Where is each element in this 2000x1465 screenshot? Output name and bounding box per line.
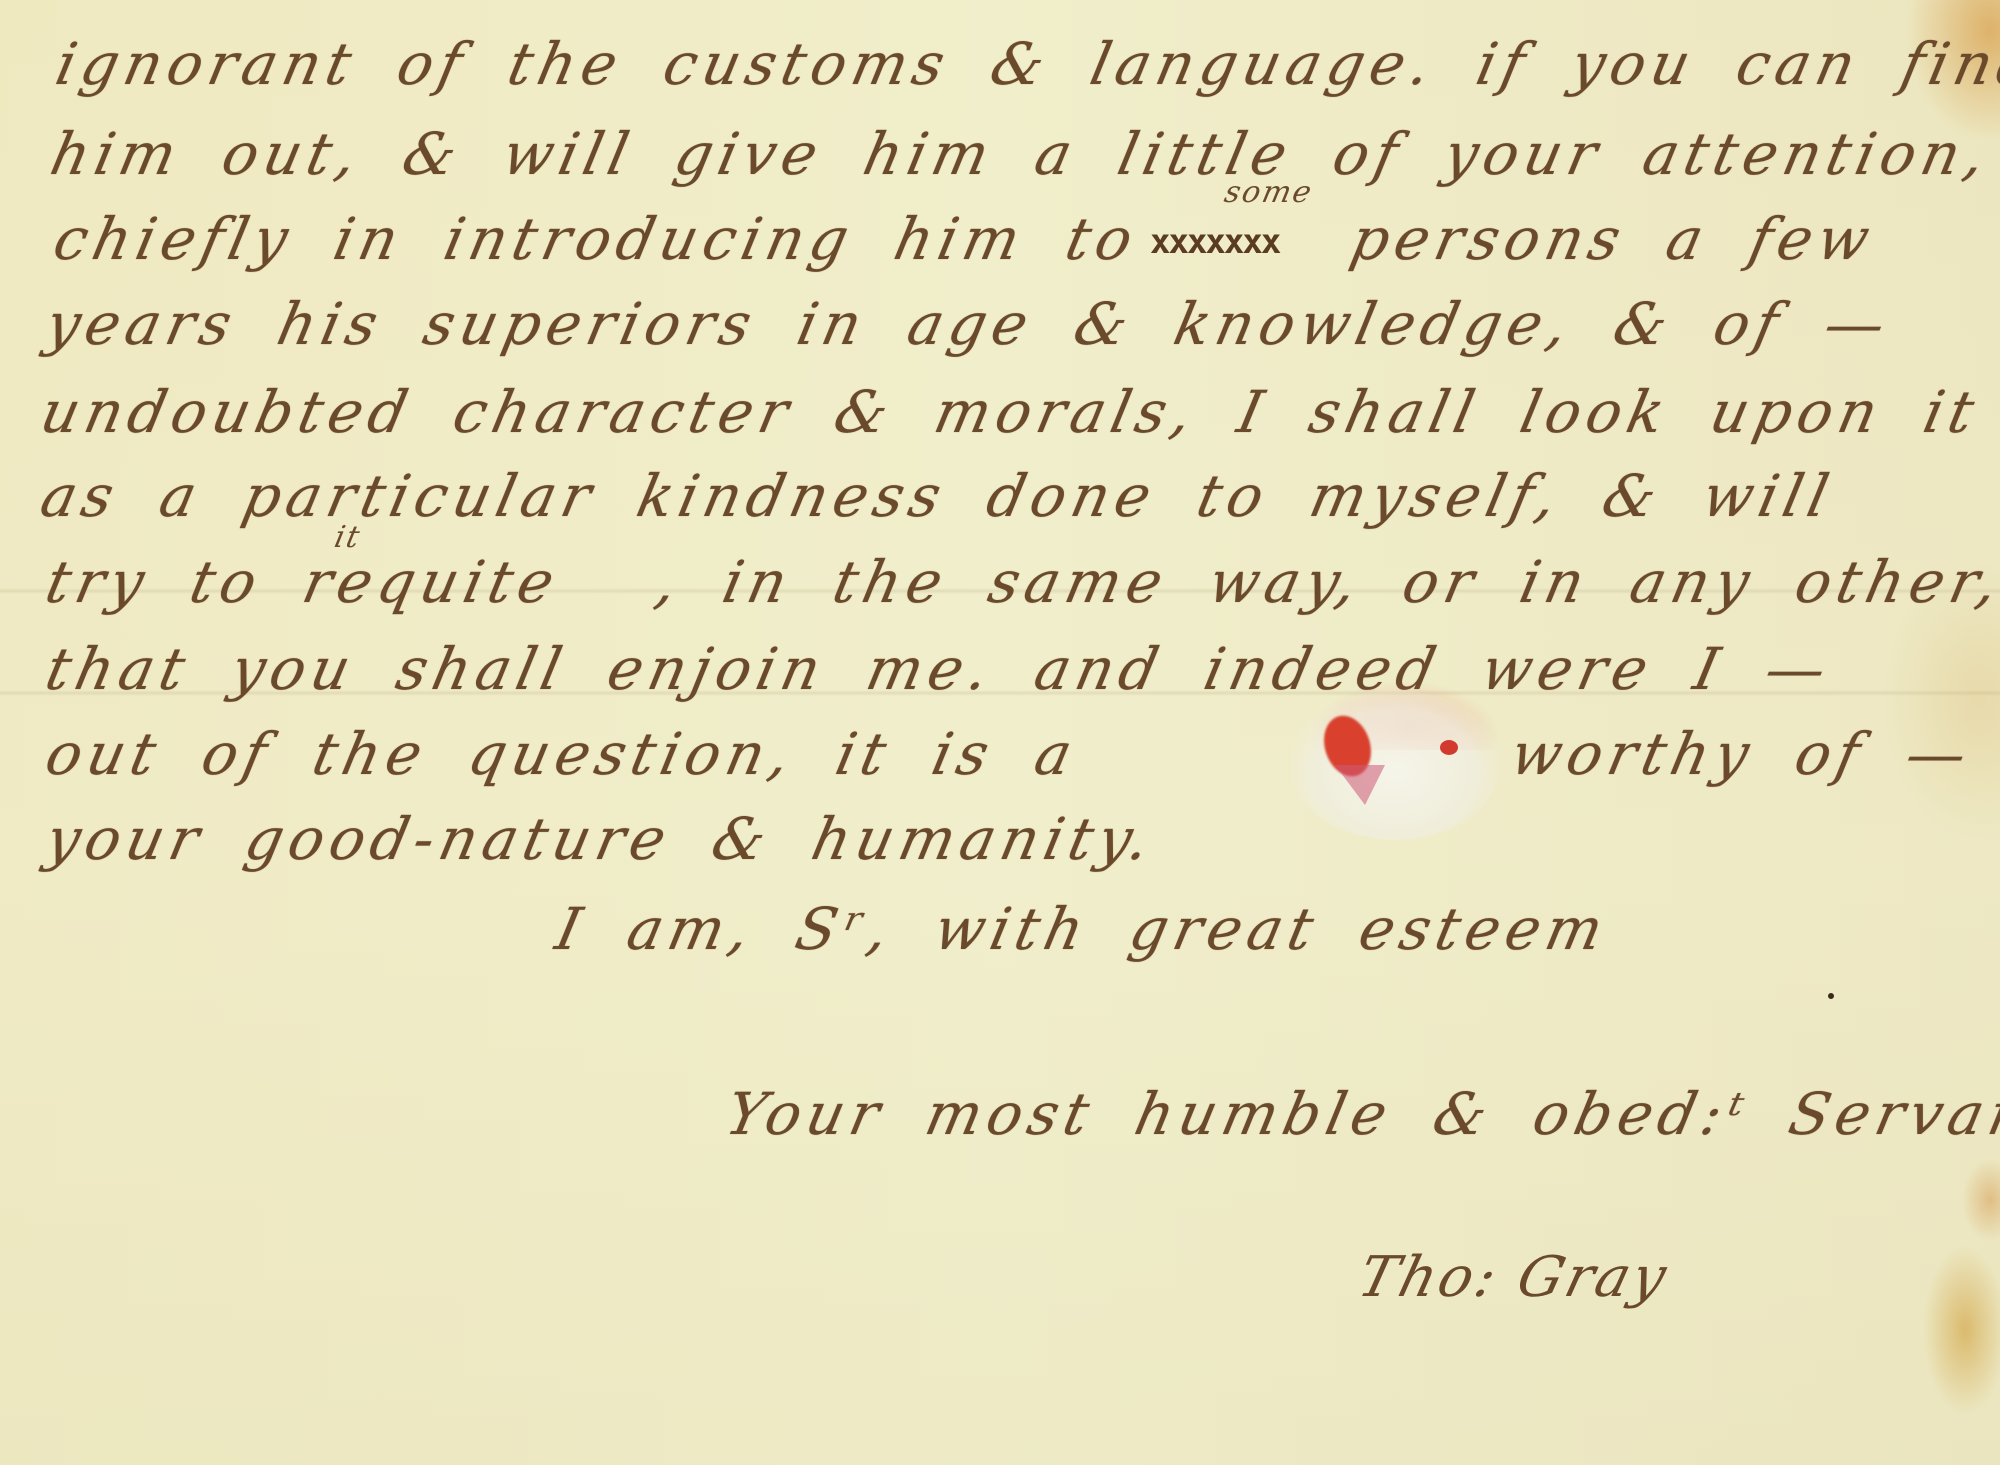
seal-ground — [1290, 690, 1500, 840]
letter-line-4: years his superiors in age & knowledge, … — [40, 290, 1897, 358]
letter-line-3a: chiefly in introducing him to — [48, 205, 1145, 273]
struck-out-word: xxxxxxx — [1150, 222, 1279, 262]
letter-line-5: undoubted character & morals, I shall lo… — [35, 378, 1986, 446]
letter-line-7b: , in the same way, or in any other, — [650, 548, 2000, 616]
closing-line: I am, Sʳ, with great esteem — [550, 895, 1615, 963]
interlineation-some: some — [1221, 175, 1316, 210]
letter-line-1: ignorant of the customs & language. if y… — [50, 30, 2000, 98]
letter-line-9a: out of the question, it is a — [40, 720, 1084, 788]
valediction: Your most humble & obed:ᵗ Servant. — [720, 1080, 2000, 1148]
letter-line-2: him out, & will give him a little of you… — [45, 120, 1997, 188]
letter-line-10: your good-nature & humanity. — [40, 805, 1162, 873]
signature: Tho: Gray — [1352, 1245, 1676, 1310]
ink-dot — [1828, 993, 1834, 999]
letter-line-7a: try to requite — [40, 548, 566, 616]
letter-line-8: that you shall enjoin me. and indeed wer… — [40, 635, 1838, 703]
red-wax-seal-remnant — [1290, 690, 1500, 840]
seal-blot — [1440, 740, 1458, 755]
letter-line-6: as a particular kindness done to myself,… — [35, 462, 1840, 530]
letter-line-9b: worthy of — — [1505, 720, 1978, 788]
letter-line-3b: persons a few — [1345, 205, 1881, 273]
